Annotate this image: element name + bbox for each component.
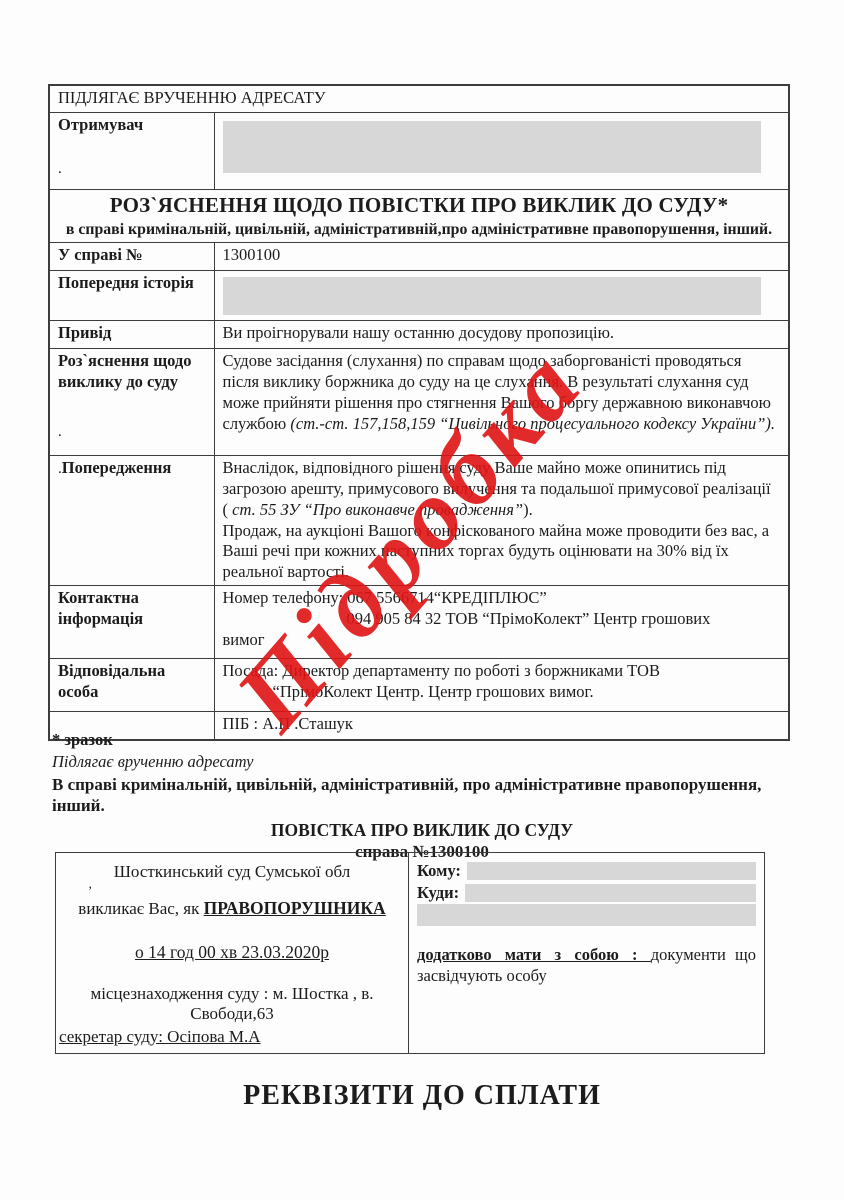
warning-paragraph-2: Продаж, на аукціоні Вашого конфіскованог… <box>223 521 781 583</box>
case-number-value: 1300100 <box>214 243 789 271</box>
notes-section: * зразок Підлягає врученню адресату В сп… <box>52 730 792 862</box>
reason-label: Привід <box>49 321 214 349</box>
sample-note: * зразок <box>52 730 792 750</box>
contact-label: Контактна інформація <box>49 586 214 659</box>
warning-paragraph-1: Внаслідок, відповідного рішення суду Ваш… <box>223 458 781 520</box>
scanned-court-notice-page: ПІДЛЯГАЄ ВРУЧЕННЮ АДРЕСАТУ Отримувач . Р… <box>0 0 844 1200</box>
reason-text: Ви проігнорували нашу останню досудову п… <box>214 321 789 349</box>
payment-details-title: РЕКВІЗИТИ ДО СПЛАТИ <box>0 1080 844 1112</box>
court-banner: ПІДЛЯГАЄ ВРУЧЕННЮ АДРЕСАТУ <box>49 85 789 113</box>
where-redaction-box <box>465 884 756 902</box>
to-whom-redaction-box <box>467 862 756 880</box>
recipient-redaction-box <box>223 121 761 173</box>
responsible-person-label: Відповідальна особа <box>49 659 214 712</box>
contact-phone-1: Номер телефону: 067 5566714“КРЕДІПЛЮС” <box>223 588 547 607</box>
hearing-datetime: о 14 год 00 хв 23.03.2020р <box>56 942 408 963</box>
where-label: Куди: <box>417 883 459 903</box>
defendant-designation: ПРАВОПОРУШНИКА <box>204 898 386 918</box>
contact-line-3: вимог <box>223 630 265 649</box>
summons-call-line: викликає Вас, як ПРАВОПОРУШНИКА <box>56 898 408 919</box>
explanation-table: ПІДЛЯГАЄ ВРУЧЕННЮ АДРЕСАТУ Отримувач . Р… <box>48 84 790 741</box>
in-case-note: В справі кримінальній, цивільній, адміні… <box>52 775 792 816</box>
deliver-note: Підлягає врученню адресату <box>52 752 792 772</box>
law-citation-enforcement: ст. 55 ЗУ “Про виконавче провадження” <box>232 500 523 519</box>
scan-dot-artifact: . <box>58 423 206 442</box>
history-redaction-box <box>223 277 761 315</box>
case-number-label: У справі № <box>49 243 214 271</box>
scan-mark-artifact: ʼ <box>88 883 92 899</box>
scan-dot-artifact: . <box>58 160 206 179</box>
summons-table: Шосткинський суд Сумської обл ʼ викликає… <box>55 852 765 1054</box>
document-title: РОЗ`ЯСНЕННЯ ЩОДО ПОВІСТКИ ПРО ВИКЛИК ДО … <box>58 192 780 218</box>
responsible-position-1: Посада: Директор департаменту по роботі … <box>223 661 660 680</box>
responsible-position-2: “ПрімоКолект Центр. Центр грошових вимог… <box>223 682 781 703</box>
bring-with-you: додатково мати з собою : документи що за… <box>417 944 756 987</box>
court-secretary: секретар суду: Осіпова М.А <box>59 1027 261 1047</box>
law-citation-civil-code: (ст.-ст. 157,158,159 “Цивільного процесу… <box>290 414 775 433</box>
history-label: Попередня історія <box>49 271 214 321</box>
explanation-label: Роз`яснення щодо виклику до суду <box>58 351 206 393</box>
to-whom-label: Кому: <box>417 861 461 881</box>
warning-text-1-end: ). <box>523 500 533 519</box>
court-location: місцезнаходження суду : м. Шостка , в. С… <box>82 984 382 1024</box>
warning-label: Попередження <box>62 458 172 477</box>
where-redaction-box-2 <box>417 904 756 926</box>
bring-with-you-label: додатково мати з собою : <box>417 945 651 964</box>
court-name: Шосткинський суд Сумської обл <box>56 862 408 882</box>
summons-heading: ПОВІСТКА ПРО ВИКЛИК ДО СУДУ <box>52 820 792 841</box>
call-prefix: викликає Вас, як <box>78 899 203 918</box>
document-subtitle: в справі кримінальній, цивільній, адміні… <box>58 220 780 240</box>
contact-phone-2: 094 905 84 32 ТОВ “ПрімоКолект” Центр гр… <box>223 609 781 630</box>
recipient-label: Отримувач <box>58 115 206 136</box>
